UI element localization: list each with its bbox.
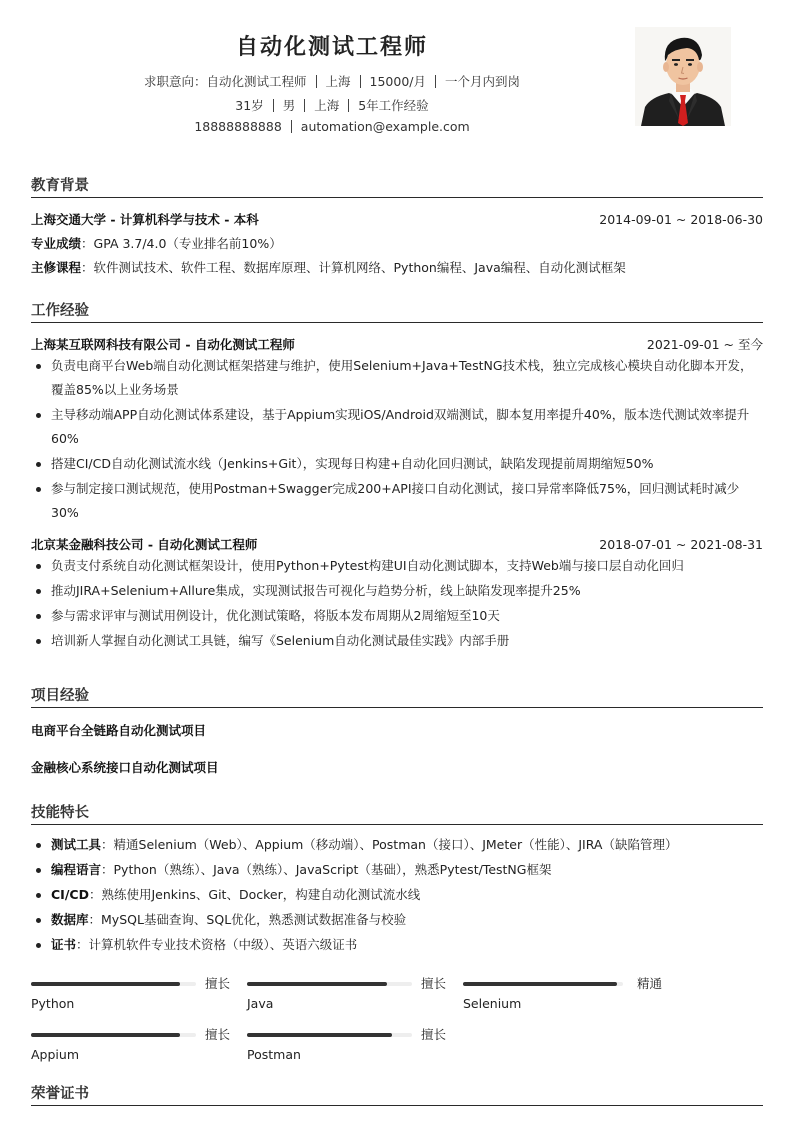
list-item: 测试工具：精通Selenium（Web）、Appium（移动端）、Postman… xyxy=(31,833,763,857)
skill-category: 证书 xyxy=(51,937,76,952)
skill-bar-appium: 擅长 Appium xyxy=(31,1027,231,1067)
gender: 男 xyxy=(283,98,296,113)
school-degree: 上海交通大学 - 计算机科学与技术 - 本科 xyxy=(31,210,259,228)
progress-track xyxy=(247,1033,412,1037)
divider xyxy=(435,75,436,88)
list-item: 数据库：MySQL基础查询、SQL优化，熟悉测试数据准备与校验 xyxy=(31,908,763,932)
location: 上海 xyxy=(314,98,339,113)
skill-bar-python: 擅长 Python xyxy=(31,976,231,1016)
job-dates: 2018-07-01 ~ 2021-08-31 xyxy=(599,537,763,552)
project-title: 金融核心系统接口自动化测试项目 xyxy=(31,758,763,776)
job-intent-line: 求职意向：自动化测试工程师上海15000/月一个月内到岗 xyxy=(0,72,664,90)
skills-section: 技能特长 测试工具：精通Selenium（Web）、Appium（移动端）、Po… xyxy=(31,801,763,957)
progress-track xyxy=(31,1033,196,1037)
job-company-role: 北京某金融科技公司 - 自动化测试工程师 xyxy=(31,535,257,553)
avatar-portrait-icon xyxy=(635,27,731,126)
progress-fill xyxy=(463,982,617,986)
honors-section: 荣誉证书 xyxy=(31,1082,763,1106)
divider xyxy=(304,99,305,112)
skill-name: Python xyxy=(31,996,74,1011)
skill-category: 测试工具 xyxy=(51,837,101,852)
skill-name: Java xyxy=(247,996,273,1011)
progress-track xyxy=(247,982,412,986)
skill-category: 数据库 xyxy=(51,912,89,927)
list-item: 参与需求评审与测试用例设计，优化测试策略，将版本发布周期从2周缩短至10天 xyxy=(31,604,763,628)
section-title-work: 工作经验 xyxy=(31,299,763,323)
list-item: 搭建CI/CD自动化测试流水线（Jenkins+Git），实现每日构建+自动化回… xyxy=(31,452,763,476)
courses-label: 主修课程 xyxy=(31,260,81,275)
progress-fill xyxy=(247,1033,392,1037)
email: automation@example.com xyxy=(301,119,470,134)
progress-track xyxy=(463,982,623,986)
gpa-line: 专业成绩：GPA 3.7/4.0（专业排名前10%） xyxy=(31,232,763,256)
list-item: 培训新人掌握自动化测试工具链，编写《Selenium自动化测试最佳实践》内部手册 xyxy=(31,629,763,653)
section-title-skills: 技能特长 xyxy=(31,801,763,825)
list-item: 负责电商平台Web端自动化测试框架搭建与维护，使用Selenium+Java+T… xyxy=(31,354,763,402)
job-entry-header: 北京某金融科技公司 - 自动化测试工程师 2018-07-01 ~ 2021-0… xyxy=(31,535,763,553)
courses-value: ：软件测试技术、软件工程、数据库原理、计算机网络、Python编程、Java编程… xyxy=(81,260,626,275)
progress-track xyxy=(31,982,196,986)
skill-name: Selenium xyxy=(463,996,521,1011)
skill-detail: ：精通Selenium（Web）、Appium（移动端）、Postman（接口）… xyxy=(101,837,677,852)
skill-category: CI/CD xyxy=(51,887,89,902)
job-company-role: 上海某互联网科技有限公司 - 自动化测试工程师 xyxy=(31,335,295,353)
project-title: 电商平台全链路自动化测试项目 xyxy=(31,721,763,739)
divider xyxy=(360,75,361,88)
education-section: 教育背景 上海交通大学 - 计算机科学与技术 - 本科 2014-09-01 ~… xyxy=(31,174,763,280)
progress-fill xyxy=(247,982,387,986)
progress-fill xyxy=(31,1033,180,1037)
skill-detail: ：计算机软件专业技术资格（中级）、英语六级证书 xyxy=(76,937,357,952)
courses-line: 主修课程：软件测试技术、软件工程、数据库原理、计算机网络、Python编程、Ja… xyxy=(31,256,763,280)
section-title-projects: 项目经验 xyxy=(31,684,763,708)
gpa-value: ：GPA 3.7/4.0（专业排名前10%） xyxy=(81,236,282,251)
experience-years: 5年工作经验 xyxy=(358,98,428,113)
divider xyxy=(273,99,274,112)
skills-list: 测试工具：精通Selenium（Web）、Appium（移动端）、Postman… xyxy=(31,833,763,957)
divider xyxy=(316,75,317,88)
resume-header: 自动化测试工程师 求职意向：自动化测试工程师上海15000/月一个月内到岗 31… xyxy=(0,0,794,150)
section-title-education: 教育背景 xyxy=(31,174,763,198)
job-intent: 求职意向：自动化测试工程师 xyxy=(144,74,307,89)
personal-info-line: 31岁男上海5年工作经验 xyxy=(0,96,664,114)
skill-detail: ：Python（熟练）、Java（熟练）、JavaScript（基础），熟悉Py… xyxy=(101,862,551,877)
candidate-title: 自动化测试工程师 xyxy=(0,30,664,61)
skill-level: 擅长 xyxy=(421,1025,446,1043)
divider xyxy=(291,120,292,133)
skill-detail: ：熟练使用Jenkins、Git、Docker，构建自动化测试流水线 xyxy=(89,887,420,902)
section-title-honors: 荣誉证书 xyxy=(31,1082,763,1106)
availability: 一个月内到岗 xyxy=(445,74,520,89)
skill-level: 擅长 xyxy=(205,1025,230,1043)
intent-city: 上海 xyxy=(326,74,351,89)
education-entry: 上海交通大学 - 计算机科学与技术 - 本科 2014-09-01 ~ 2018… xyxy=(31,210,763,228)
skill-bar-java: 擅长 Java xyxy=(247,976,447,1016)
job-entry-header: 上海某互联网科技有限公司 - 自动化测试工程师 2021-09-01 ~ 至今 xyxy=(31,335,763,353)
skill-level: 精通 xyxy=(637,974,662,992)
age: 31岁 xyxy=(235,98,263,113)
projects-section: 项目经验 电商平台全链路自动化测试项目 金融核心系统接口自动化测试项目 xyxy=(31,684,763,776)
list-item: 主导移动端APP自动化测试体系建设，基于Appium实现iOS/Android双… xyxy=(31,403,763,451)
education-dates: 2014-09-01 ~ 2018-06-30 xyxy=(599,212,763,227)
list-item: 推动JIRA+Selenium+Allure集成，实现测试报告可视化与趋势分析，… xyxy=(31,579,763,603)
avatar xyxy=(635,27,731,126)
skill-bar-selenium: 精通 Selenium xyxy=(463,976,663,1016)
skill-name: Appium xyxy=(31,1047,79,1062)
skill-category: 编程语言 xyxy=(51,862,101,877)
job-dates: 2021-09-01 ~ 至今 xyxy=(647,335,763,353)
list-item: 证书：计算机软件专业技术资格（中级）、英语六级证书 xyxy=(31,933,763,957)
phone: 18888888888 xyxy=(194,119,281,134)
list-item: 负责支付系统自动化测试框架设计，使用Python+Pytest构建UI自动化测试… xyxy=(31,554,763,578)
gpa-label: 专业成绩 xyxy=(31,236,81,251)
skill-name: Postman xyxy=(247,1047,301,1062)
job-bullets: 负责电商平台Web端自动化测试框架搭建与维护，使用Selenium+Java+T… xyxy=(31,354,763,525)
contact-line: 18888888888automation@example.com xyxy=(0,119,664,134)
expected-salary: 15000/月 xyxy=(370,74,426,89)
divider xyxy=(348,99,349,112)
work-section: 工作经验 上海某互联网科技有限公司 - 自动化测试工程师 2021-09-01 … xyxy=(31,299,763,653)
skill-level: 擅长 xyxy=(421,974,446,992)
skill-detail: ：MySQL基础查询、SQL优化，熟悉测试数据准备与校验 xyxy=(89,912,407,927)
skill-level: 擅长 xyxy=(205,974,230,992)
job-bullets: 负责支付系统自动化测试框架设计，使用Python+Pytest构建UI自动化测试… xyxy=(31,554,763,653)
list-item: 参与制定接口测试规范，使用Postman+Swagger完成200+API接口自… xyxy=(31,477,763,525)
list-item: 编程语言：Python（熟练）、Java（熟练）、JavaScript（基础），… xyxy=(31,858,763,882)
skill-bar-postman: 擅长 Postman xyxy=(247,1027,447,1067)
list-item: CI/CD：熟练使用Jenkins、Git、Docker，构建自动化测试流水线 xyxy=(31,883,763,907)
progress-fill xyxy=(31,982,180,986)
